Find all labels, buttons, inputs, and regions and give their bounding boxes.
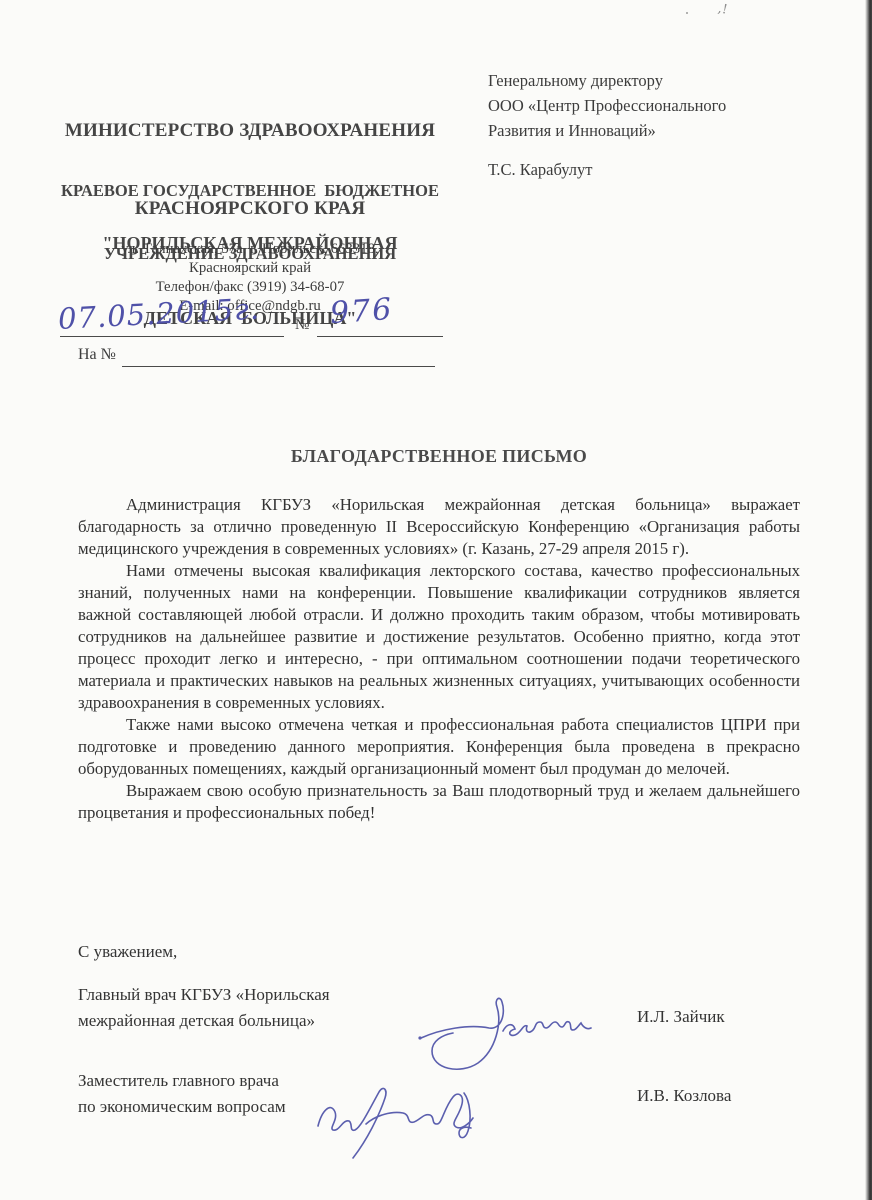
scanner-edge-shadow [865, 0, 872, 1200]
sender-address-street: ул. Талнахская, 57а, г. Норильск, 663318… [40, 240, 460, 259]
date-underline [60, 336, 284, 337]
paragraph-3: Также нами высоко отмечена четкая и проф… [78, 714, 800, 780]
signature-zaychik-ink [415, 990, 595, 1080]
signature-kozlova-ink [310, 1078, 525, 1163]
letter-body: Администрация КГБУЗ «Норильская межрайон… [78, 494, 800, 824]
letter-title: БЛАГОДАРСТВЕННОЕ ПИСЬМО [78, 446, 800, 467]
sender-address-region: Красноярский край [40, 259, 460, 278]
closing-salutation: С уважением, [78, 942, 177, 962]
scanned-letter-page: { "sender": { "ministry_line1": "МИНИСТЕ… [0, 0, 872, 1200]
number-sign-label: № [295, 317, 309, 334]
scan-speck [686, 12, 688, 14]
paragraph-4: Выражаем свою особую признательность за … [78, 780, 800, 824]
signer1-name: И.Л. Зайчик [637, 1007, 725, 1027]
recipient-line3: Развития и Инноваций» [488, 118, 818, 143]
stray-pen-mark: ,! [717, 1, 729, 18]
number-underline [317, 336, 443, 337]
recipient-line1: Генеральному директору [488, 68, 818, 93]
reply-to-number-label: На № [78, 346, 116, 364]
recipient-block: Генеральному директору ООО «Центр Профес… [488, 68, 818, 143]
reply-number-underline [122, 366, 435, 367]
paragraph-2: Нами отмечены высокая квалификация лекто… [78, 560, 800, 714]
paragraph-1: Администрация КГБУЗ «Норильская межрайон… [78, 494, 800, 560]
signer2-name: И.В. Козлова [637, 1086, 731, 1106]
recipient-name: Т.С. Карабулут [488, 160, 818, 180]
recipient-line2: ООО «Центр Профессионального [488, 93, 818, 118]
